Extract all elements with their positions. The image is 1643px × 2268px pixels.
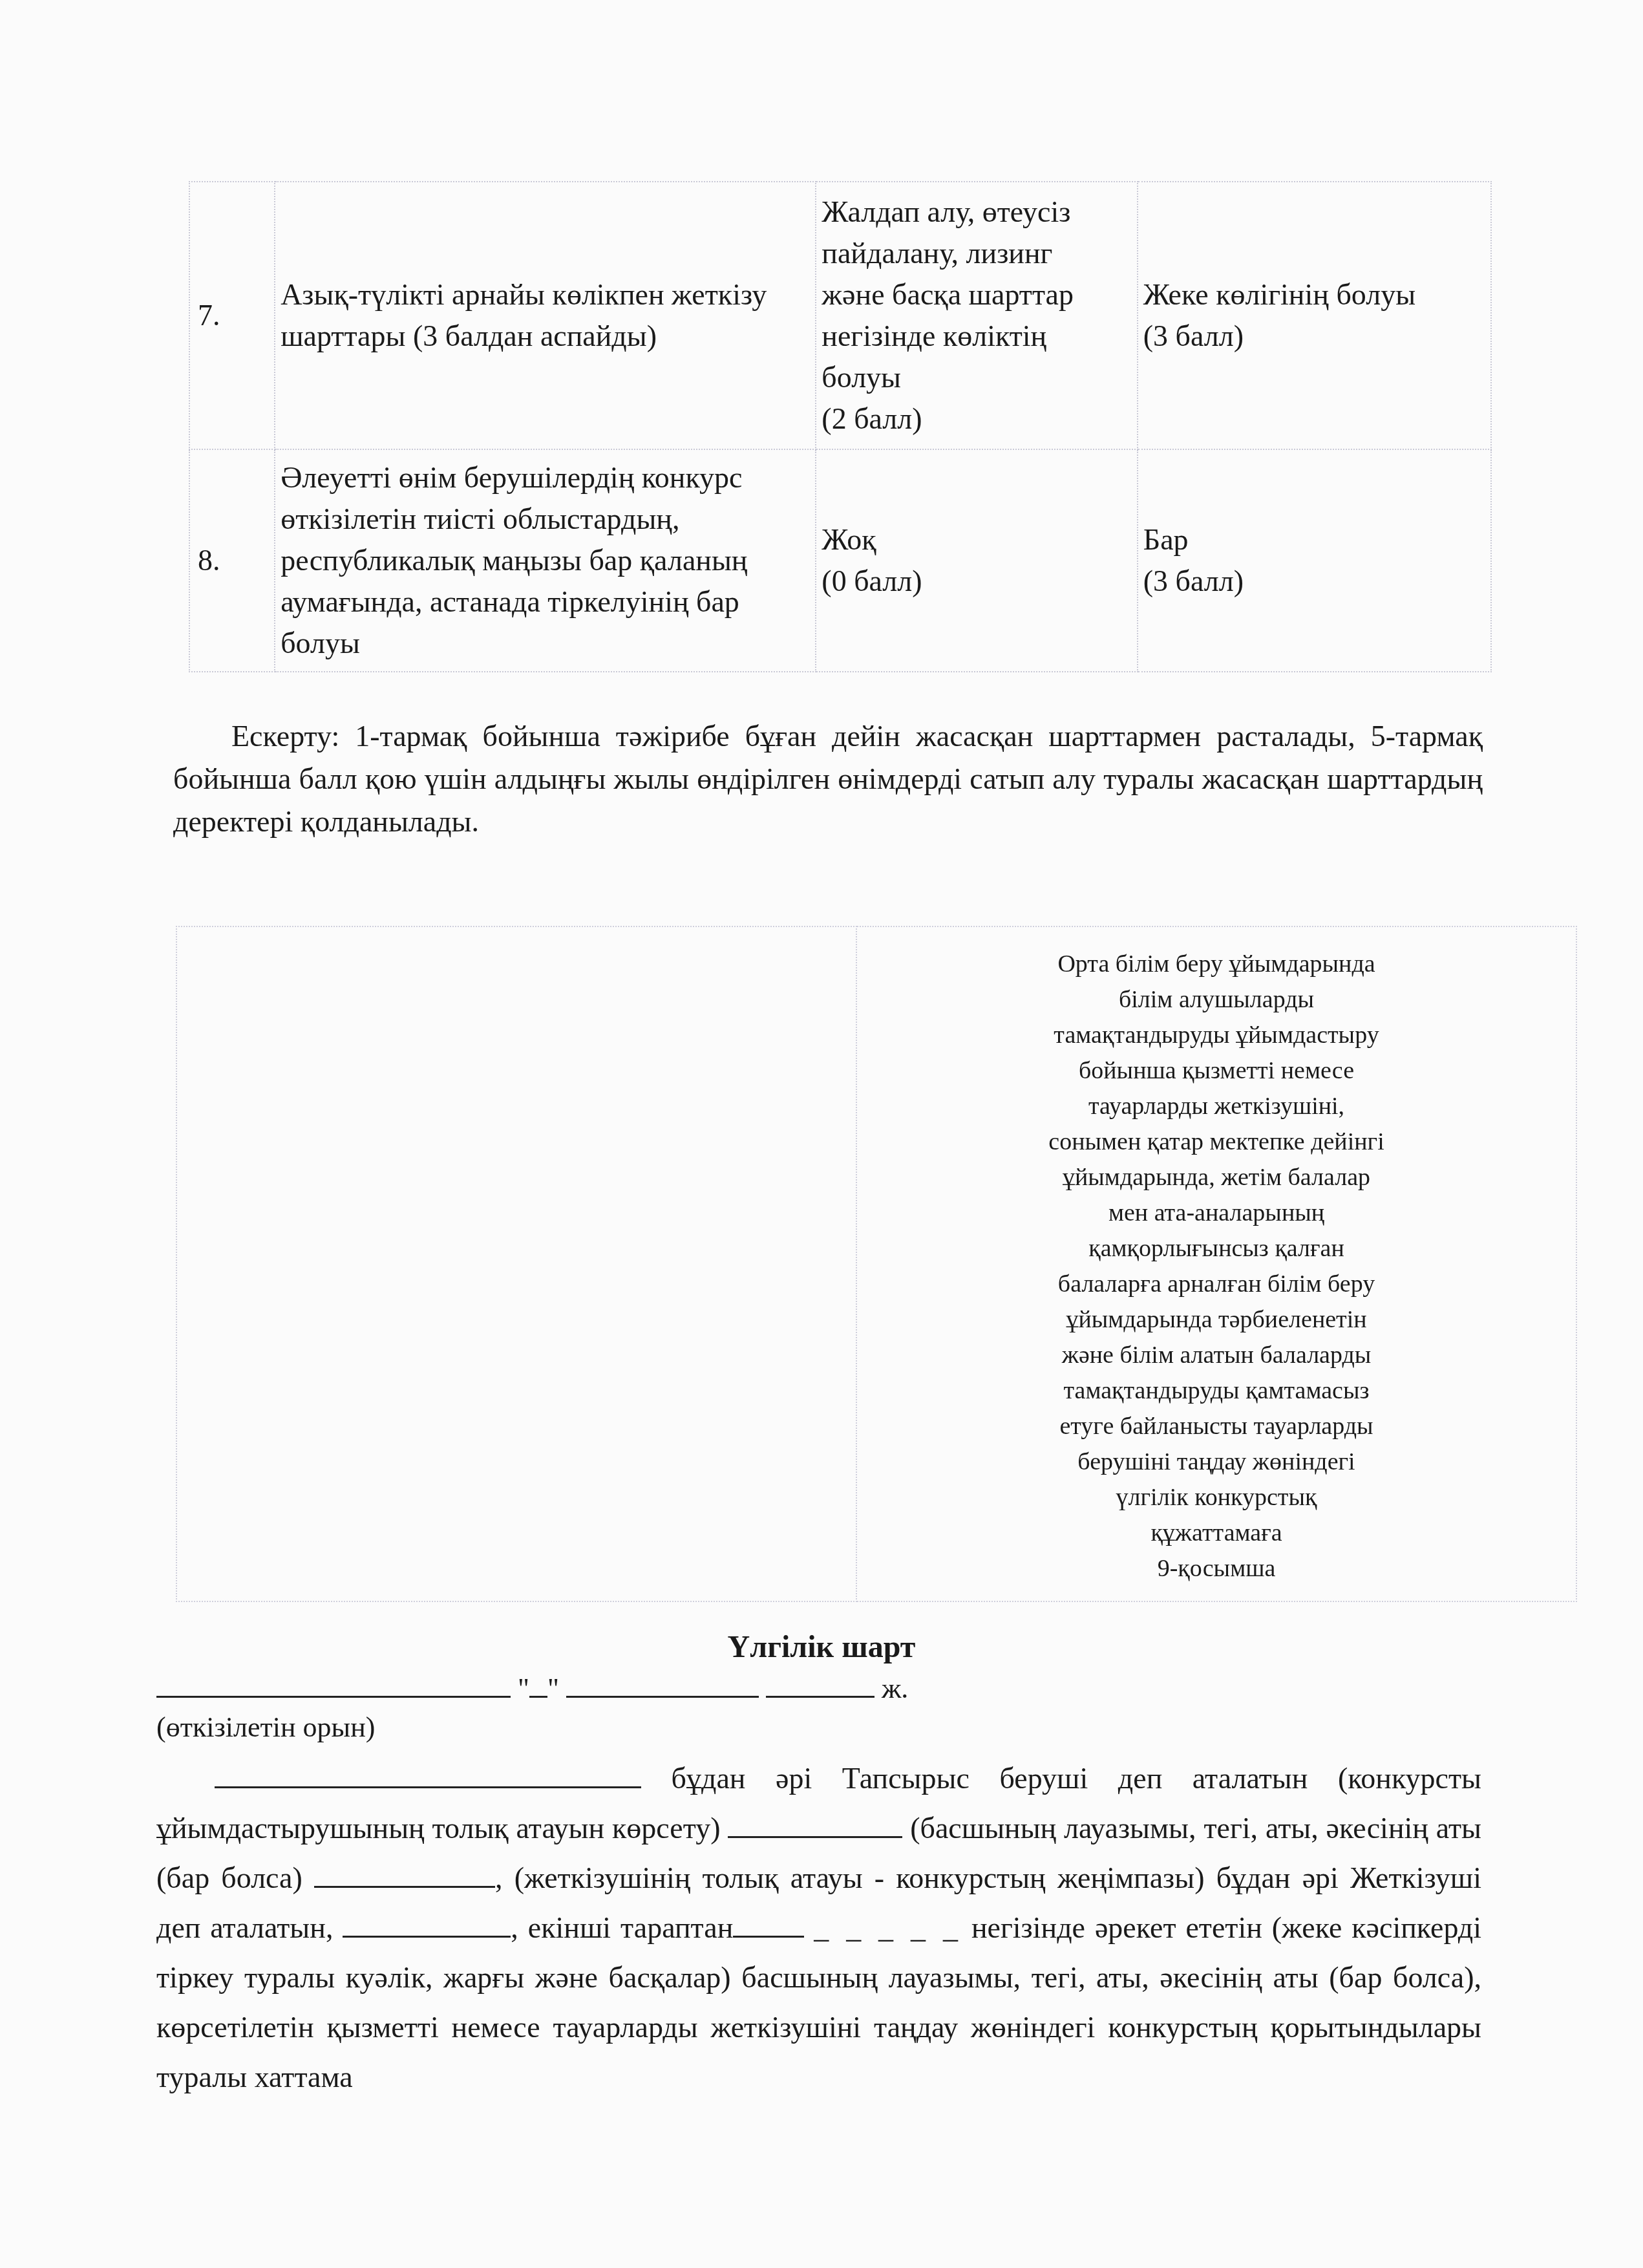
appendix-line: ұйымдарында тәрбиеленетін xyxy=(858,1302,1575,1338)
place-blank[interactable] xyxy=(156,1670,511,1698)
head-blank[interactable] xyxy=(728,1817,902,1838)
day-blank[interactable] xyxy=(529,1670,547,1698)
appendix-line: қамқорлығынсыз қалған xyxy=(858,1231,1575,1267)
appendix-blank-cell xyxy=(176,926,856,1601)
table-row: 8. Әлеуетті өнім берушілердің конкурс өт… xyxy=(189,449,1491,672)
appendix-line: және білім алатын балаларды xyxy=(858,1338,1575,1373)
contract-title: Үлгілік шарт xyxy=(0,1629,1643,1665)
quote-open: " xyxy=(518,1673,529,1704)
contract-body: бұдан әрі Тапсырыс беруші деп аталатын (… xyxy=(156,1753,1481,2102)
place-caption: (өткізілетін орын) xyxy=(156,1711,375,1744)
appendix-line: берушіні таңдау жөніндегі xyxy=(858,1444,1575,1480)
appendix-caption: Орта білім беру ұйымдарында білім алушыл… xyxy=(856,926,1576,1601)
option-cell: Жалдап алу, өтеусіз пайдалану, лизинг жә… xyxy=(816,182,1137,449)
basis-dashes: _ _ _ _ _ xyxy=(814,1911,962,1944)
supplier-blank[interactable] xyxy=(314,1867,495,1888)
appendix-line: бойынша қызметті немесе xyxy=(858,1053,1575,1089)
appendix-line: тамақтандыруды ұйымдастыру xyxy=(858,1018,1575,1053)
row-number: 8. xyxy=(189,449,275,672)
option-cell: Жеке көлігінің болуы (3 балл) xyxy=(1138,182,1491,449)
appendix-line: тауарларды жеткізушіні, xyxy=(858,1089,1575,1124)
criterion-cell: Әлеуетті өнім берушілердің конкурс өткіз… xyxy=(275,449,816,672)
criterion-cell: Азық-түлікті арнайы көлікпен жеткізу шар… xyxy=(275,182,816,449)
criteria-table: 7. Азық-түлікті арнайы көлікпен жеткізу … xyxy=(189,181,1492,672)
supplier-head-blank[interactable] xyxy=(343,1916,511,1938)
place-date-line: "" ж. xyxy=(156,1670,908,1705)
table-note: Ескерту: 1-тармақ бойынша тәжірибе бұған… xyxy=(173,715,1483,843)
appendix-line: тамақтандыруды қамтамасыз xyxy=(858,1373,1575,1409)
appendix-line: етуге байланысты тауарларды xyxy=(858,1409,1575,1444)
option-cell: Бар (3 балл) xyxy=(1138,449,1491,672)
basis-blank[interactable] xyxy=(733,1916,804,1938)
year-suffix: ж. xyxy=(882,1673,908,1704)
appendix-box: Орта білім беру ұйымдарында білім алушыл… xyxy=(176,926,1577,1602)
row-number: 7. xyxy=(189,182,275,449)
contract-text: , екінші тараптан xyxy=(511,1911,733,1944)
appendix-line: білім алушыларды xyxy=(858,982,1575,1018)
appendix-line: үлгілік конкурстық xyxy=(858,1480,1575,1515)
appendix-line: сонымен қатар мектепке дейінгі xyxy=(858,1124,1575,1160)
table-row: 7. Азық-түлікті арнайы көлікпен жеткізу … xyxy=(189,182,1491,449)
customer-blank[interactable] xyxy=(215,1767,641,1788)
appendix-line: 9-қосымша xyxy=(858,1551,1575,1587)
option-cell: Жоқ (0 балл) xyxy=(816,449,1137,672)
appendix-line: Орта білім беру ұйымдарында xyxy=(858,947,1575,982)
month-blank[interactable] xyxy=(566,1670,759,1698)
appendix-line: ұйымдарында, жетім балалар xyxy=(858,1160,1575,1195)
quote-close: " xyxy=(547,1673,559,1704)
document-page: 7. Азық-түлікті арнайы көлікпен жеткізу … xyxy=(0,0,1643,2268)
year-blank[interactable] xyxy=(766,1670,874,1698)
appendix-line: мен ата-аналарының xyxy=(858,1195,1575,1231)
appendix-line: құжаттамаға xyxy=(858,1515,1575,1551)
appendix-line: балаларға арналған білім беру xyxy=(858,1267,1575,1302)
